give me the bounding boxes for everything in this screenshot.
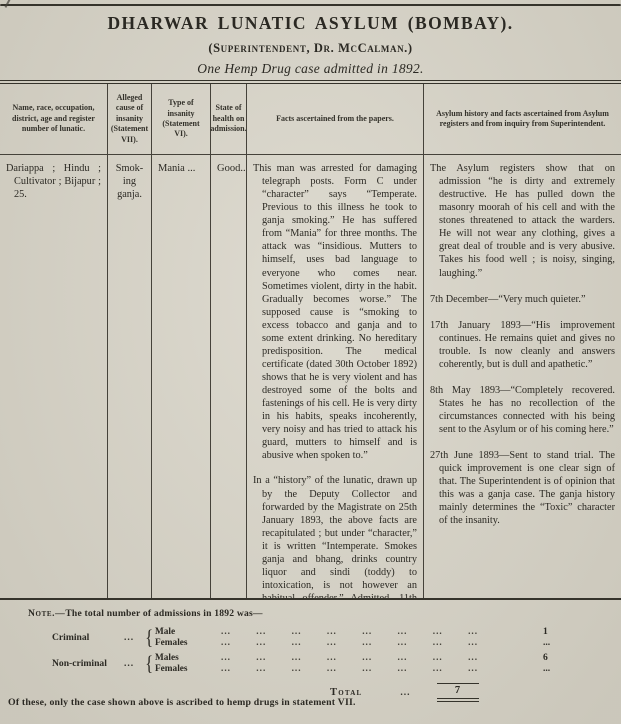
tally-row: Males ... ... ... ... ... ... ... ... 6 bbox=[155, 652, 621, 663]
cell-name: Dariappa ; Hindu ; Cultivator ; Bijapur … bbox=[0, 155, 108, 598]
cell-asylum-history: The Asylum registers show that on admiss… bbox=[424, 155, 621, 598]
tally-category: Males bbox=[155, 653, 207, 663]
tally-row: Male ... ... ... ... ... ... ... ... 1 bbox=[155, 626, 621, 637]
table-header-row: Name, race, occupation, district, age an… bbox=[0, 84, 621, 155]
column-header-asylum-history: Asylum history and facts ascertained fro… bbox=[424, 84, 621, 154]
leader-dots: ... bbox=[400, 687, 410, 698]
facts-paragraph: In a “history” of the lunatic, drawn up … bbox=[253, 474, 417, 598]
page-title: DHARWAR LUNATIC ASYLUM (BOMBAY). bbox=[0, 13, 621, 34]
masthead: DHARWAR LUNATIC ASYLUM (BOMBAY). (Superi… bbox=[0, 0, 621, 77]
admissions-group-non-criminal: Non-criminal ... { Males ... ... ... ...… bbox=[52, 652, 621, 674]
column-header-facts: Facts ascertained from the papers. bbox=[247, 84, 424, 154]
tagline: One Hemp Drug case admitted in 1892. bbox=[0, 61, 621, 77]
leader-dots: ... bbox=[124, 658, 144, 669]
tally-row: Females ... ... ... ... ... ... ... ... … bbox=[155, 663, 621, 674]
brace-glyph: { bbox=[145, 628, 154, 646]
note-label: Note.— bbox=[28, 608, 65, 619]
note-text: The total number of admissions in 1892 w… bbox=[65, 608, 262, 619]
superintendent-line: (Superintendent, Dr. McCalman.) bbox=[0, 41, 621, 56]
history-paragraph: 27th June 1893—Sent to stand trial. The … bbox=[430, 449, 615, 527]
note-line: Note.—The total number of admissions in … bbox=[28, 608, 621, 619]
tally-category: Females bbox=[155, 664, 207, 674]
leader-dots: ... ... ... ... ... ... ... ... bbox=[207, 664, 531, 674]
history-paragraph: The Asylum registers show that on admiss… bbox=[430, 162, 615, 280]
brace-glyph: { bbox=[145, 654, 154, 672]
case-table: Name, race, occupation, district, age an… bbox=[0, 80, 621, 600]
column-header-name: Name, race, occupation, district, age an… bbox=[0, 84, 108, 154]
total-row: Total ... 7 bbox=[330, 683, 621, 702]
page-top-rule bbox=[0, 4, 621, 6]
leader-dots: ... ... ... ... ... ... ... ... bbox=[207, 653, 531, 663]
history-paragraph: 7th December—“Very much quieter.” bbox=[430, 293, 615, 306]
group-label: Non-criminal bbox=[52, 658, 124, 669]
patient-details: Dariappa ; Hindu ; Cultivator ; Bijapur … bbox=[6, 162, 101, 201]
tally-value: 6 bbox=[531, 652, 621, 663]
admissions-group-criminal: Criminal ... { Male ... ... ... ... ... … bbox=[52, 626, 621, 648]
leader-dots: ... ... ... ... ... ... ... ... bbox=[207, 638, 531, 648]
tally-value: 1 bbox=[531, 626, 621, 637]
total-value: 7 bbox=[437, 683, 479, 702]
tally-value: ... bbox=[531, 663, 621, 674]
tally-row: Females ... ... ... ... ... ... ... ... … bbox=[155, 637, 621, 648]
admissions-tally: Criminal ... { Male ... ... ... ... ... … bbox=[52, 626, 621, 674]
cell-facts: This man was arrested for damaging teleg… bbox=[247, 155, 424, 598]
closing-line: Of these, only the case shown above is a… bbox=[8, 697, 356, 708]
facts-paragraph: This man was arrested for damaging teleg… bbox=[253, 162, 417, 462]
tally-category: Male bbox=[155, 627, 207, 637]
table-body-row: Dariappa ; Hindu ; Cultivator ; Bijapur … bbox=[0, 155, 621, 598]
scanned-document-page: DHARWAR LUNATIC ASYLUM (BOMBAY). (Superi… bbox=[0, 0, 621, 724]
cell-type-of-insanity: Mania ... bbox=[152, 155, 211, 598]
admissions-footer: Note.—The total number of admissions in … bbox=[0, 600, 621, 724]
group-label: Criminal bbox=[52, 632, 124, 643]
tally-category: Females bbox=[155, 638, 207, 648]
leader-dots: ... bbox=[124, 632, 144, 643]
history-paragraph: 8th May 1893—“Completely recovered. Stat… bbox=[430, 384, 615, 436]
tally-value: ... bbox=[531, 637, 621, 648]
cell-alleged-cause: Smok- ing ganja. bbox=[108, 155, 152, 598]
column-header-type-of-insanity: Type of insanity (Statement VI). bbox=[152, 84, 211, 154]
column-header-state-of-health: State of health on admission. bbox=[211, 84, 247, 154]
column-header-alleged-cause: Alleged cause of insanity (Statement VII… bbox=[108, 84, 152, 154]
history-paragraph: 17th January 1893—“His improvement conti… bbox=[430, 319, 615, 371]
leader-dots: ... ... ... ... ... ... ... ... bbox=[207, 627, 531, 637]
cell-state-of-health: Good... bbox=[211, 155, 247, 598]
